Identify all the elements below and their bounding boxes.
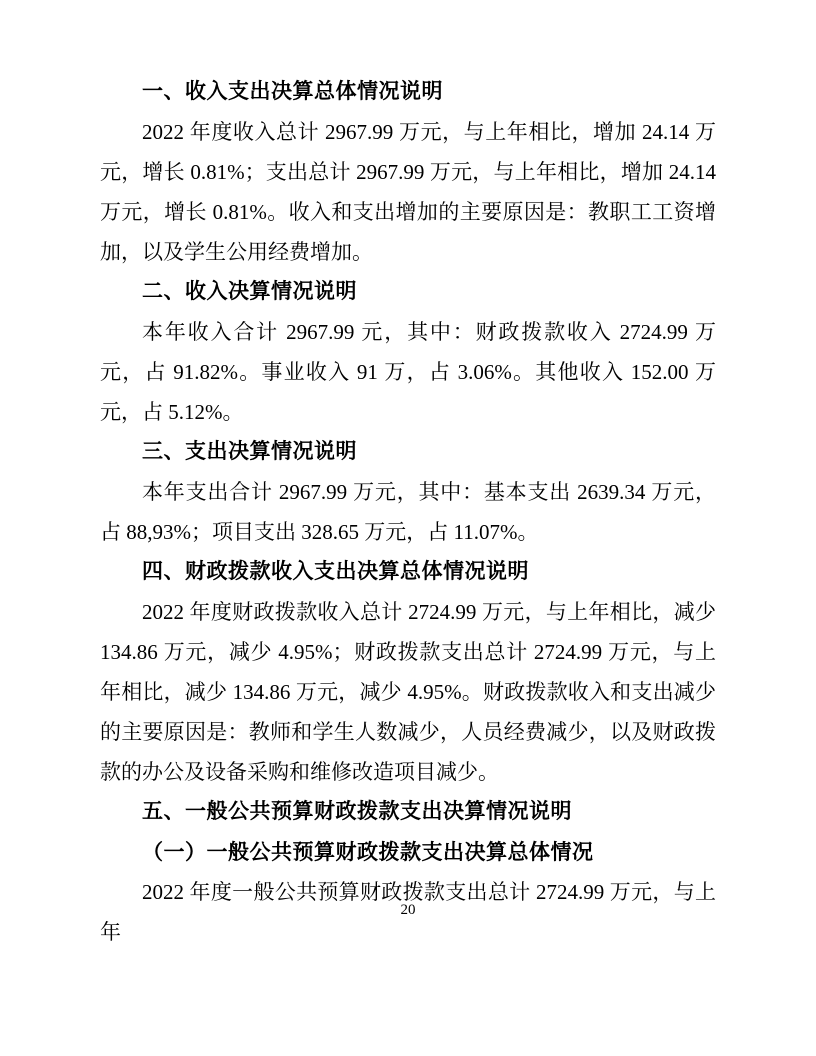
section-3-heading: 三、支出决算情况说明 [100, 432, 716, 472]
document-body: 一、收入支出决算总体情况说明 2022 年度收入总计 2967.99 万元，与上… [100, 72, 716, 952]
section-5-heading: 五、一般公共预算财政拨款支出决算情况说明 [100, 792, 716, 832]
section-4-paragraph: 2022 年度财政拨款收入总计 2724.99 万元，与上年相比，减少 134.… [100, 592, 716, 792]
section-2-paragraph: 本年收入合计 2967.99 元，其中：财政拨款收入 2724.99 万元，占 … [100, 312, 716, 432]
page-number: 20 [0, 900, 816, 920]
document-page: 一、收入支出决算总体情况说明 2022 年度收入总计 2967.99 万元，与上… [0, 0, 816, 1056]
section-5-subheading-1: （一）一般公共预算财政拨款支出决算总体情况 [100, 832, 716, 872]
section-3-paragraph: 本年支出合计 2967.99 万元，其中：基本支出 2639.34 万元，占 8… [100, 472, 716, 552]
section-1-heading: 一、收入支出决算总体情况说明 [100, 72, 716, 112]
section-1-paragraph: 2022 年度收入总计 2967.99 万元，与上年相比，增加 24.14 万元… [100, 112, 716, 272]
section-4-heading: 四、财政拨款收入支出决算总体情况说明 [100, 552, 716, 592]
section-2-heading: 二、收入决算情况说明 [100, 272, 716, 312]
